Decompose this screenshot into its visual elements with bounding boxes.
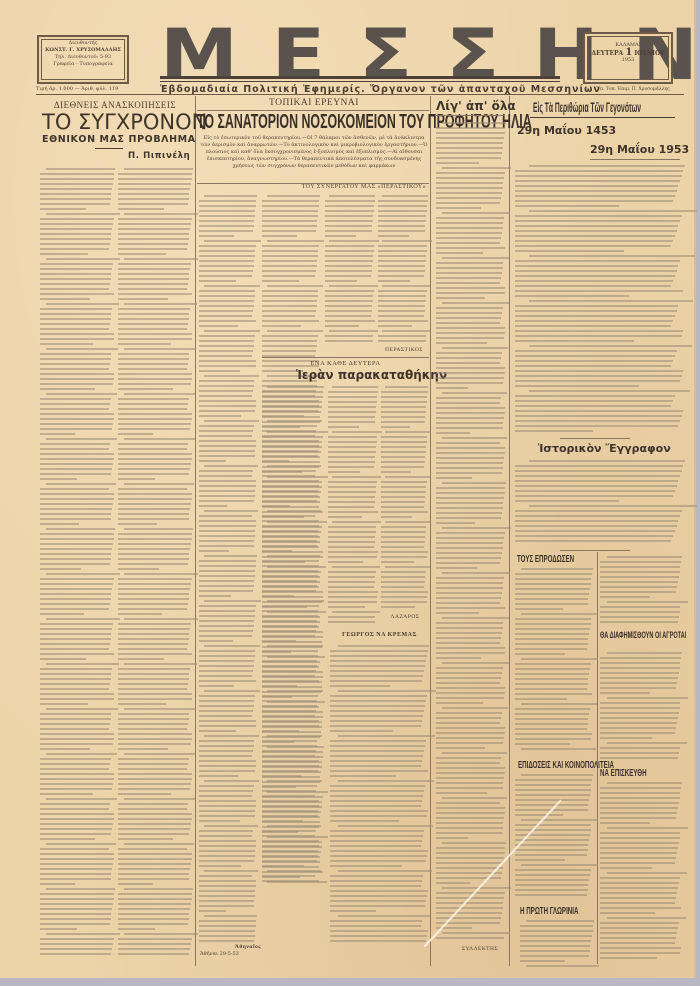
text-line: [40, 693, 114, 695]
text-line: [600, 877, 680, 879]
text-line: [600, 882, 679, 884]
text-line: [199, 880, 256, 882]
text-line: [199, 830, 253, 832]
text-line: [600, 867, 652, 869]
text-line: [330, 835, 423, 837]
text-line: [515, 495, 673, 497]
text-line: [262, 821, 320, 823]
text-line: [442, 482, 506, 484]
text-line: [262, 581, 320, 583]
text-line: [381, 486, 426, 488]
text-line: [515, 225, 678, 227]
text-line: [515, 693, 592, 695]
text-line: [328, 406, 376, 408]
text-line: [118, 208, 164, 210]
text-line: [436, 567, 477, 569]
text-line: [436, 852, 505, 854]
text-line: [262, 526, 322, 528]
text-line: [330, 820, 399, 822]
text-line: [521, 613, 598, 615]
text-line: [330, 805, 421, 807]
text-line: [436, 587, 503, 589]
text-line: [262, 320, 319, 322]
text-line: [436, 372, 505, 374]
text-line: [40, 448, 109, 450]
text-line: [520, 930, 593, 932]
text-line: [378, 225, 425, 227]
text-line: [515, 733, 592, 735]
text-line: [330, 900, 426, 902]
text-line: [124, 618, 198, 620]
text-line: [521, 819, 598, 821]
text-line: [262, 471, 302, 473]
text-line: [332, 521, 381, 523]
text-line: [267, 521, 327, 523]
text-line: [332, 476, 381, 478]
text-line: [515, 525, 677, 527]
text-line: [262, 776, 320, 778]
text-line: [436, 712, 502, 714]
text-line: [381, 596, 427, 598]
text-line: [515, 375, 682, 377]
text-line: [515, 849, 588, 851]
text-line: [515, 260, 680, 262]
text-line: [436, 467, 503, 469]
text-line: [40, 553, 111, 555]
text-line: [378, 230, 425, 232]
text-line: [262, 230, 316, 232]
text-line: [40, 883, 75, 885]
text-line: [204, 465, 259, 467]
text-line: [199, 350, 253, 352]
text-line: [199, 220, 254, 222]
text-line: [118, 648, 187, 650]
text-line: [600, 591, 676, 593]
text-line: [118, 793, 171, 795]
text-line: [262, 551, 323, 553]
text-line: [378, 245, 427, 247]
text-line: [124, 753, 195, 755]
text-line: [436, 827, 503, 829]
text-line: [515, 573, 592, 575]
text-line: [436, 282, 500, 284]
text-line: [328, 516, 362, 518]
text-line: [600, 717, 678, 719]
text-line: [600, 902, 675, 904]
text-line: [199, 335, 255, 337]
text-line: [40, 648, 109, 650]
text-line: [262, 255, 318, 257]
text-line: [199, 765, 256, 767]
text-line: [515, 170, 683, 172]
text-line: [204, 510, 258, 512]
text-line: [607, 601, 688, 603]
text-line: [199, 565, 256, 567]
text-line: [381, 576, 425, 578]
right-divider-2: [560, 550, 630, 551]
text-line: [124, 663, 197, 665]
text-line: [199, 225, 254, 227]
text-line: [46, 258, 120, 260]
text-line: [515, 355, 675, 357]
text-line: [262, 586, 319, 588]
text-line: [515, 608, 563, 610]
text-line: [40, 268, 112, 270]
text-line: [515, 520, 678, 522]
text-line: [378, 325, 412, 327]
text-line: [40, 468, 112, 470]
text-line: [118, 703, 166, 705]
text-line: [328, 396, 377, 398]
text-line: [436, 497, 504, 499]
text-line: [381, 441, 427, 443]
text-line: [262, 481, 322, 483]
text-line: [442, 752, 508, 754]
text-line: [118, 693, 192, 695]
text-line: [436, 187, 503, 189]
text-line: [515, 588, 590, 590]
text-line: [515, 290, 683, 292]
text-line: [600, 817, 676, 819]
text-line: [436, 537, 504, 539]
text-line: [262, 340, 317, 342]
text-line: [118, 848, 187, 850]
text-line: [118, 628, 190, 630]
text-line: [328, 456, 375, 458]
text-line: [199, 745, 254, 747]
text-line: [118, 938, 192, 940]
text-line: [199, 490, 255, 492]
text-line: [436, 907, 503, 909]
text-line: [515, 623, 591, 625]
text-line: [262, 781, 320, 783]
text-line: [262, 461, 320, 463]
text-line: [199, 210, 255, 212]
director-name: ΚΩΝΣΤ. Γ. ΧΡΥΣΟΜΑΛΛΗΣ: [39, 47, 127, 54]
text-line: [118, 678, 189, 680]
text-line: [199, 695, 255, 697]
text-line: [262, 731, 321, 733]
text-line: [118, 603, 188, 605]
text-line: [262, 591, 323, 593]
text-line: [378, 295, 426, 297]
text-line: [515, 220, 680, 222]
price-line: Τιμή ἀρ. 1.000 — Ἀριθ. φύλ. 119: [36, 86, 136, 93]
text-line: [267, 791, 328, 793]
text-line: [262, 811, 321, 813]
text-line: [40, 793, 93, 795]
weekday: ΔΕΥΤΕΡΑ: [592, 50, 624, 57]
text-line: [436, 652, 505, 654]
text-line: [436, 307, 503, 309]
text-line: [325, 270, 372, 272]
text-line: [40, 733, 114, 735]
text-line: [118, 718, 189, 720]
text-line: [520, 925, 593, 927]
text-line: [199, 875, 252, 877]
text-line: [118, 748, 168, 750]
text-line: [199, 505, 227, 507]
text-line: [436, 702, 483, 704]
text-line: [40, 238, 111, 240]
sub2: ΘΑ ΔΙΑΦΗΜΙΣΘΟΥΝ ΟΙ ΑΓΡΟΤΑΙ: [600, 631, 699, 640]
text-line: [330, 760, 422, 762]
text-line: [40, 918, 111, 920]
text-line: [118, 223, 191, 225]
text-line: [330, 670, 424, 672]
text-line: [436, 637, 501, 639]
text-line: [436, 812, 505, 814]
text-line: [40, 173, 114, 175]
text-line: [40, 308, 112, 310]
text-line: [600, 682, 677, 684]
text-line: [199, 560, 256, 562]
text-line: [118, 538, 192, 540]
text-line: [46, 798, 117, 800]
text-line: [378, 305, 425, 307]
text-line: [328, 446, 376, 448]
text-line: [262, 310, 316, 312]
text-line: [330, 715, 423, 717]
text-line: [515, 340, 634, 342]
text-line: [330, 710, 424, 712]
text-line: [40, 273, 111, 275]
text-line: [199, 305, 254, 307]
text-line: [262, 335, 318, 337]
text-line: [328, 421, 375, 423]
text-line: [118, 903, 191, 905]
text-line: [325, 305, 372, 307]
text-line: [436, 737, 504, 739]
text-line: [325, 220, 373, 222]
feature-body-1: [262, 386, 324, 886]
text-line: [515, 889, 588, 891]
text-line: [385, 521, 431, 523]
text-line: [262, 616, 320, 618]
text-line: [40, 643, 110, 645]
text-line: [118, 953, 189, 955]
text-line: [199, 860, 254, 862]
right-body-5: [520, 920, 594, 970]
text-line: [199, 800, 256, 802]
text-line: [262, 726, 322, 728]
text-line: [436, 417, 504, 419]
text-line: [40, 873, 111, 875]
text-line: [600, 812, 677, 814]
text-line: [515, 485, 677, 487]
text-line: [381, 496, 425, 498]
text-line: [124, 573, 198, 575]
text-line: [328, 491, 376, 493]
text-line: [118, 653, 192, 655]
text-line: [40, 828, 112, 830]
text-line: [600, 912, 655, 914]
text-line: [330, 725, 421, 727]
text-line: [436, 447, 505, 449]
text-line: [124, 393, 195, 395]
masthead-rule: [160, 76, 560, 79]
text-line: [40, 688, 109, 690]
text-line: [118, 698, 192, 700]
text-line: [436, 237, 501, 239]
text-line: [40, 453, 114, 455]
text-line: [330, 655, 427, 657]
text-line: [520, 955, 589, 957]
text-line: [381, 391, 428, 393]
text-line: [328, 401, 377, 403]
text-line: [204, 240, 261, 242]
text-line: [262, 436, 323, 438]
text-line: [118, 568, 159, 570]
text-line: [118, 608, 187, 610]
text-line: [515, 205, 619, 207]
text-line: [262, 661, 320, 663]
text-line: [118, 598, 189, 600]
text-line: [199, 785, 254, 787]
text-line: [330, 815, 427, 817]
text-line: [436, 642, 500, 644]
text-line: [436, 722, 500, 724]
text-line: [328, 591, 378, 593]
divider-1: [195, 96, 196, 966]
text-line: [330, 770, 428, 772]
text-line: [600, 852, 677, 854]
right-body-7: [600, 652, 682, 762]
text-line: [378, 335, 426, 337]
text-line: [262, 796, 323, 798]
text-line: [600, 892, 677, 894]
text-line: [262, 491, 321, 493]
text-line: [40, 773, 114, 775]
text-line: [515, 839, 589, 841]
text-line: [515, 643, 588, 645]
text-line: [436, 487, 505, 489]
text-line: [436, 262, 503, 264]
text-line: [199, 360, 256, 362]
text-line: [199, 250, 255, 252]
text-line: [328, 546, 374, 548]
text-line: [520, 945, 590, 947]
text-line: [436, 317, 501, 319]
text-line: [46, 528, 115, 530]
text-line: [40, 338, 114, 340]
text-line: [515, 515, 680, 517]
text-line: [118, 583, 191, 585]
text-line: [436, 457, 504, 459]
text-line: [40, 298, 90, 300]
text-line: [46, 393, 117, 395]
text-line: [378, 275, 424, 277]
text-line: [40, 523, 79, 525]
text-line: [118, 828, 190, 830]
text-line: [515, 578, 591, 580]
text-line: [378, 215, 426, 217]
text-line: [378, 310, 425, 312]
text-line: [436, 892, 505, 894]
text-line: [381, 556, 427, 558]
text-line: [199, 665, 254, 667]
text-line: [262, 531, 321, 533]
text-line: [118, 408, 187, 410]
text-line: [338, 735, 435, 737]
text-line: [330, 925, 421, 927]
text-line: [262, 761, 322, 763]
text-line: [199, 320, 256, 322]
text-line: [46, 438, 117, 440]
text-line: [381, 501, 425, 503]
center-body-3: [325, 195, 375, 345]
office-label: Γραφεῖα - Τυπογραφεῖα: [39, 61, 127, 68]
text-line: [442, 302, 509, 304]
text-line: [124, 798, 195, 800]
text-line: [118, 488, 187, 490]
text-line: [262, 711, 323, 713]
text-line: [40, 633, 111, 635]
text-line: [381, 481, 427, 483]
text-line: [262, 486, 322, 488]
text-line: [46, 888, 115, 890]
text-line: [607, 556, 682, 558]
text-line: [529, 255, 696, 257]
text-line: [262, 641, 322, 643]
text-line: [118, 418, 192, 420]
text-line: [436, 502, 503, 504]
text-line: [40, 748, 90, 750]
text-line: [199, 850, 255, 852]
text-line: [436, 442, 500, 444]
text-line: [262, 441, 322, 443]
text-line: [600, 561, 681, 563]
publisher-note: Ὑπ. Τυπ. Ἐπιμ. Π. Χρυσομάλλης: [583, 86, 683, 93]
masthead-rule-thin: [160, 81, 560, 82]
text-line: [325, 280, 357, 282]
text-line: [436, 937, 504, 939]
text-line: [40, 353, 111, 355]
text-line: [204, 645, 261, 647]
text-line: [199, 940, 254, 942]
text-line: [436, 692, 505, 694]
text-line: [442, 617, 510, 619]
text-line: [262, 841, 322, 843]
text-line: [40, 818, 114, 820]
text-line: [385, 566, 430, 568]
text-line: [118, 778, 192, 780]
text-line: [46, 933, 120, 935]
text-line: [515, 824, 591, 826]
text-line: [118, 193, 189, 195]
text-line: [262, 691, 321, 693]
text-line: [529, 505, 697, 507]
text-line: [436, 597, 501, 599]
text-line: [330, 700, 426, 702]
text-line: [118, 743, 191, 745]
text-line: [262, 315, 315, 317]
text-line: [118, 553, 189, 555]
text-line: [199, 265, 254, 267]
text-line: [40, 248, 109, 250]
text-line: [330, 790, 424, 792]
text-line: [330, 810, 428, 812]
text-line: [330, 920, 422, 922]
text-line: [40, 723, 110, 725]
text-line: [515, 365, 671, 367]
text-line: [600, 732, 675, 734]
short-column-body: [436, 122, 506, 942]
text-line: [40, 288, 109, 290]
text-line: [600, 797, 680, 799]
text-line: [436, 777, 504, 779]
text-line: [40, 853, 114, 855]
